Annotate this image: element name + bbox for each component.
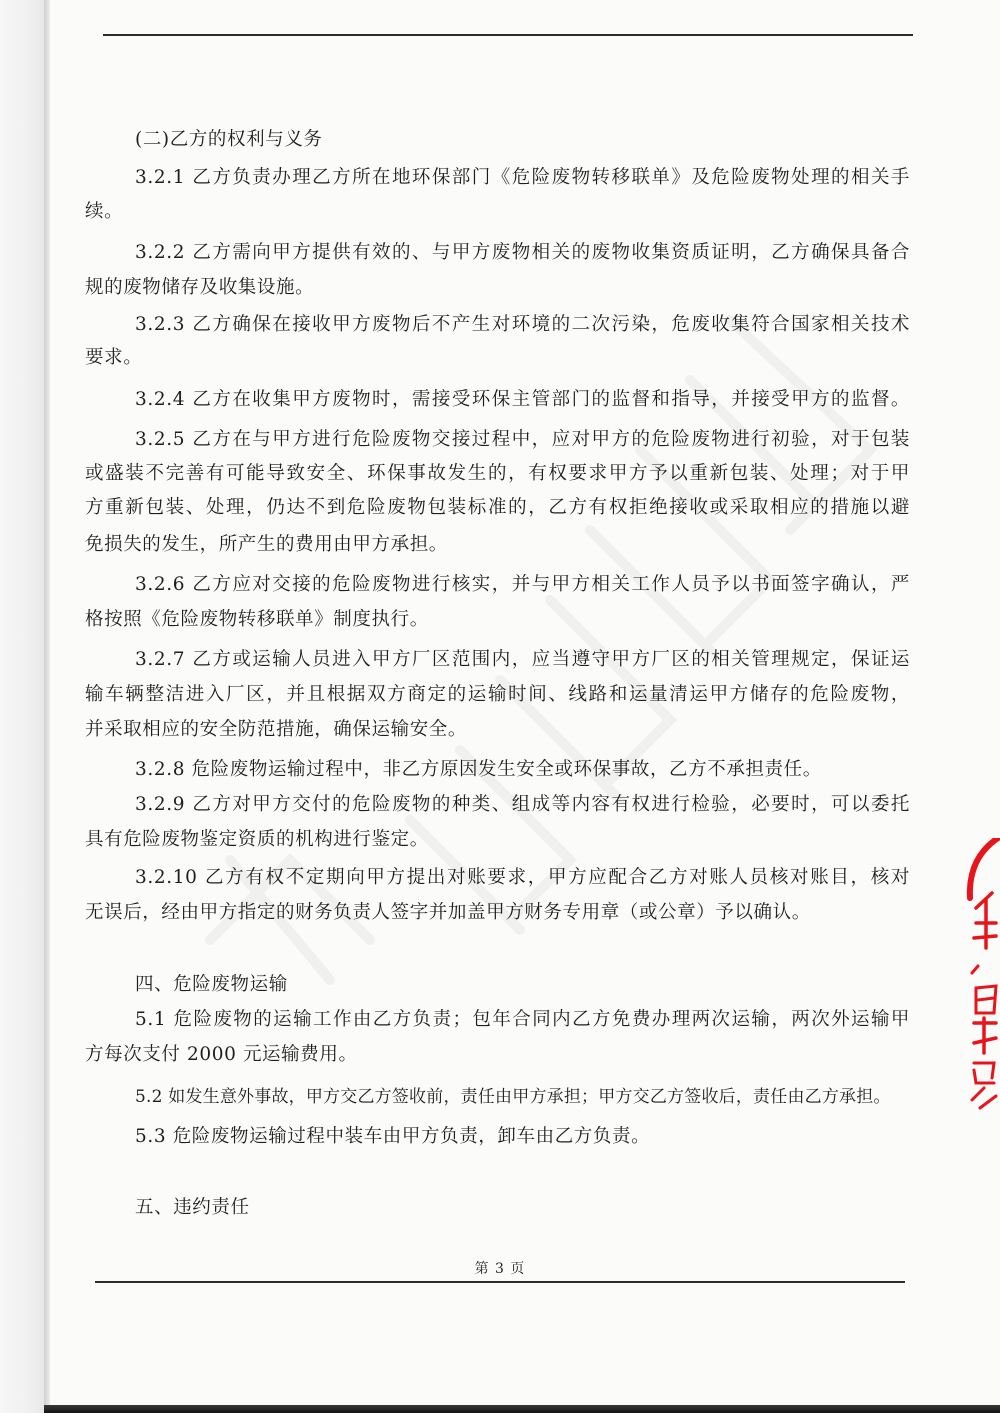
clause-5-1-line-2: 方每次支付 2000 元运输费用。	[85, 1043, 358, 1067]
section-heading-liability: 五、违约责任	[135, 1196, 250, 1220]
clause-3-2-10-line-1: 3.2.10 乙方有权不定期向甲方提出对账要求，甲方应配合乙方对账人员核对账目，…	[135, 866, 910, 890]
clause-3-2-5-line-2: 或盛装不完善有可能导致安全、环保事故发生的，有权要求甲方予以重新包装、处理；对于…	[85, 462, 910, 486]
clause-3-2-7-line-2: 输车辆整洁进入厂区，并且根据双方商定的运输时间、线路和运量清运甲方储存的危险废物…	[85, 683, 910, 707]
clause-3-2-5-line-3: 方重新包装、处理，仍达不到危险废物包装标准的，乙方有权拒绝接收或采取相应的措施以…	[85, 496, 910, 520]
section-heading-transport: 四、危险废物运输	[135, 973, 288, 997]
clause-3-2-2-line-2: 规的废物储存及收集设施。	[85, 276, 314, 300]
clause-3-2-7-line-1: 3.2.7 乙方或运输人员进入甲方厂区范围内，应当遵守甲方厂区的相关管理规定，保…	[135, 648, 910, 672]
page-number: 第 3 页	[0, 1258, 1000, 1278]
clause-3-2-5-line-1: 3.2.5 乙方在与甲方进行危险废物交接过程中，应对甲方的危险废物进行初验，对于…	[135, 428, 910, 452]
clause-3-2-8-line-1: 3.2.8 危险废物运输过程中，非乙方原因发生安全或环保事故，乙方不承担责任。	[135, 758, 822, 782]
clause-3-2-2-line-1: 3.2.2 乙方需向甲方提供有效的、与甲方废物相关的废物收集资质证明，乙方确保具…	[135, 241, 910, 265]
section-heading-rights-obligations: (二)乙方的权利与义务	[135, 128, 323, 152]
clause-3-2-1-line-1: 3.2.1 乙方负责办理乙方所在地环保部门《危险废物转移联单》及危险废物处理的相…	[135, 166, 910, 190]
clause-3-2-5-line-4: 免损失的发生，所产生的费用由甲方承担。	[85, 533, 448, 557]
clause-3-2-6-line-2: 格按照《危险废物转移联单》制度执行。	[85, 608, 429, 632]
clause-3-2-9-line-2: 具有危险废物鉴定资质的机构进行鉴定。	[85, 828, 429, 852]
clause-5-1-line-1: 5.1 危险废物的运输工作由乙方负责；包年合同内乙方免费办理两次运输，两次外运输…	[135, 1008, 910, 1032]
clause-5-2-line-1: 5.2 如发生意外事故，甲方交乙方签收前，责任由甲方承担；甲方交乙方签收后，责任…	[135, 1085, 891, 1109]
header-rule	[103, 34, 913, 36]
clause-3-2-3-line-1: 3.2.3 乙方确保在接收甲方废物后不产生对环境的二次污染，危废收集符合国家相关…	[135, 313, 910, 337]
scan-left-margin	[0, 0, 44, 1413]
clause-3-2-6-line-1: 3.2.6 乙方应对交接的危险废物进行核实，并与甲方相关工作人员予以书面签字确认…	[135, 573, 910, 597]
clause-5-3-line-1: 5.3 危险废物运输过程中装车由甲方负责，卸车由乙方负责。	[135, 1125, 650, 1149]
clause-3-2-3-line-2: 要求。	[85, 346, 142, 370]
clause-3-2-1-line-2: 续。	[85, 200, 123, 224]
footer-rule	[95, 1281, 905, 1283]
scan-bottom-edge	[44, 1405, 1000, 1413]
clause-3-2-4-line-1: 3.2.4 乙方在收集甲方废物时，需接受环保主管部门的监督和指导，并接受甲方的监…	[135, 388, 910, 412]
clause-3-2-7-line-3: 并采取相应的安全防范措施，确保运输安全。	[85, 718, 467, 742]
clause-3-2-9-line-1: 3.2.9 乙方对甲方交付的危险废物的种类、组成等内容有权进行检验，必要时，可以…	[135, 793, 910, 817]
clause-3-2-10-line-2: 无误后，经由甲方指定的财务负责人签字并加盖甲方财务专用章（或公章）予以确认。	[85, 901, 811, 925]
